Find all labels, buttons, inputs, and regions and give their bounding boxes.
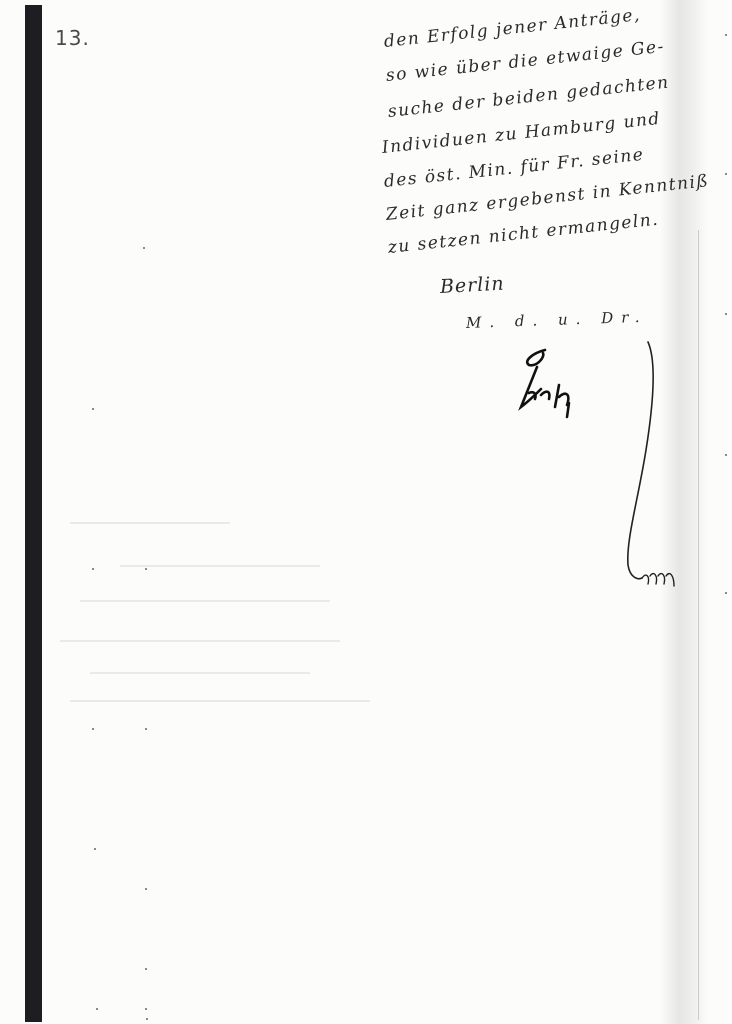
scan-binding-bar	[25, 5, 42, 1022]
bleed-through-mark	[70, 522, 230, 524]
scan-speck	[145, 888, 147, 890]
page-number: 13.	[55, 26, 90, 50]
scan-speck	[146, 1018, 148, 1020]
scan-speck	[92, 728, 94, 730]
margin-bracket-icon	[620, 340, 680, 600]
scan-speck	[725, 592, 727, 594]
scan-speck	[145, 568, 147, 570]
scan-speck	[92, 568, 94, 570]
scan-speck	[143, 247, 145, 249]
scan-speck	[725, 454, 727, 456]
scan-speck	[94, 848, 96, 850]
page-fold-line	[698, 230, 699, 1020]
closing-date-line: M. d. u. Dr.	[466, 308, 648, 332]
scan-speck	[145, 1008, 147, 1010]
signature-mark-icon	[515, 345, 595, 435]
bleed-through-mark	[70, 700, 370, 702]
scan-speck	[725, 313, 727, 315]
bleed-through-mark	[120, 565, 320, 567]
document-page: 13. den Erfolg jener Anträge, so wie übe…	[0, 0, 732, 1024]
scan-speck	[725, 173, 727, 175]
bleed-through-mark	[60, 640, 340, 642]
bleed-through-mark	[90, 672, 310, 674]
closing-place: Berlin	[439, 273, 505, 298]
bleed-through-mark	[80, 600, 330, 602]
scan-speck	[92, 408, 94, 410]
scan-speck	[725, 34, 727, 36]
scan-speck	[96, 1008, 98, 1010]
scan-speck	[145, 968, 147, 970]
scan-speck	[145, 728, 147, 730]
